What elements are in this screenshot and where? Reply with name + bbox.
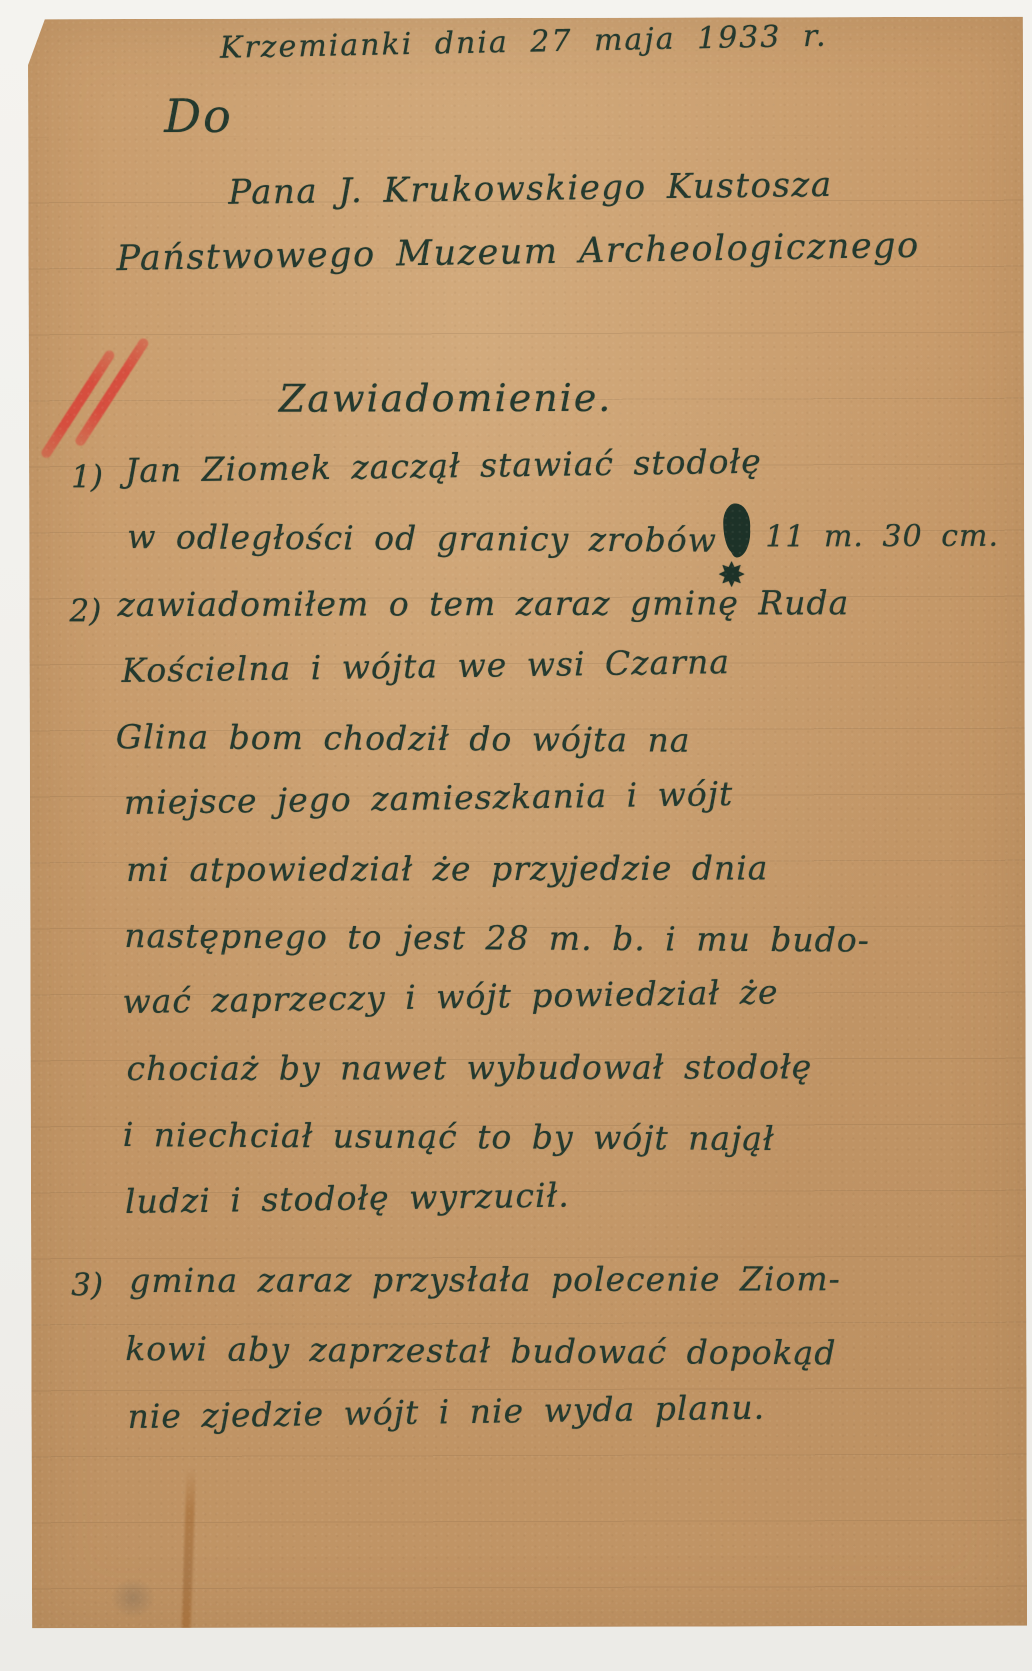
letter-line: wać zaprzeczy i wójt powiedział że bbox=[122, 972, 779, 1021]
letter-line: gmina zaraz przysłała polecenie Ziom- bbox=[129, 1259, 841, 1300]
letter-heading: Zawiadomienie. bbox=[279, 376, 613, 421]
letter-line: miejsce jego zamieszkania i wójt bbox=[124, 774, 734, 822]
scan-background: Krzemianki dnia 27 maja 1933 r. Do Pana … bbox=[0, 0, 1032, 1671]
recipient-name: Pana J. Krukowskiego Kustosza bbox=[228, 165, 833, 213]
item-number: 3) bbox=[71, 1267, 103, 1303]
letter-line: ludzi i stodołę wyrzucił. bbox=[125, 1175, 570, 1221]
letter-line: Jan Ziomek zaczął stawiać stodołę bbox=[125, 442, 762, 490]
letter-line: Kościelna i wójta we wsi Czarna bbox=[121, 642, 730, 690]
recipient-institution: Państwowego Muzeum Archeologicznego bbox=[116, 226, 920, 279]
letter-line: mi atpowiedział że przyjedzie dnia bbox=[126, 848, 768, 889]
letter-line: Glina bom chodził do wójta na bbox=[116, 717, 691, 760]
red-double-slash-mark bbox=[55, 329, 175, 469]
letter-paper: Krzemianki dnia 27 maja 1933 r. Do Pana … bbox=[28, 17, 1027, 1629]
rust-stain bbox=[181, 1467, 196, 1645]
ink-blot-icon bbox=[723, 503, 750, 553]
item-number: 2) bbox=[69, 593, 101, 629]
letter-line: chociaż by nawet wybudował stodołę bbox=[127, 1047, 813, 1088]
measurement-value: 11 m. 30 cm. bbox=[765, 519, 999, 555]
item-number: 1) bbox=[71, 459, 103, 495]
gray-smudge bbox=[110, 1577, 156, 1619]
dateline: Krzemianki dnia 27 maja 1933 r. bbox=[220, 19, 828, 66]
salutation: Do bbox=[164, 89, 233, 143]
letter-line: następnego to jest 28 m. b. i mu budo- bbox=[124, 916, 870, 960]
letter-line: kowi aby zaprzestał budować dopokąd bbox=[125, 1329, 836, 1372]
letter-line: i niechciał usunąć to by wójt najął bbox=[123, 1115, 775, 1158]
letter-line: w odległości od granicy zrobów bbox=[127, 517, 717, 560]
letter-line: zawiadomiłem o tem zaraz gminę Ruda bbox=[117, 583, 849, 624]
letter-line: nie zjedzie wójt i nie wyda planu. bbox=[127, 1388, 765, 1436]
